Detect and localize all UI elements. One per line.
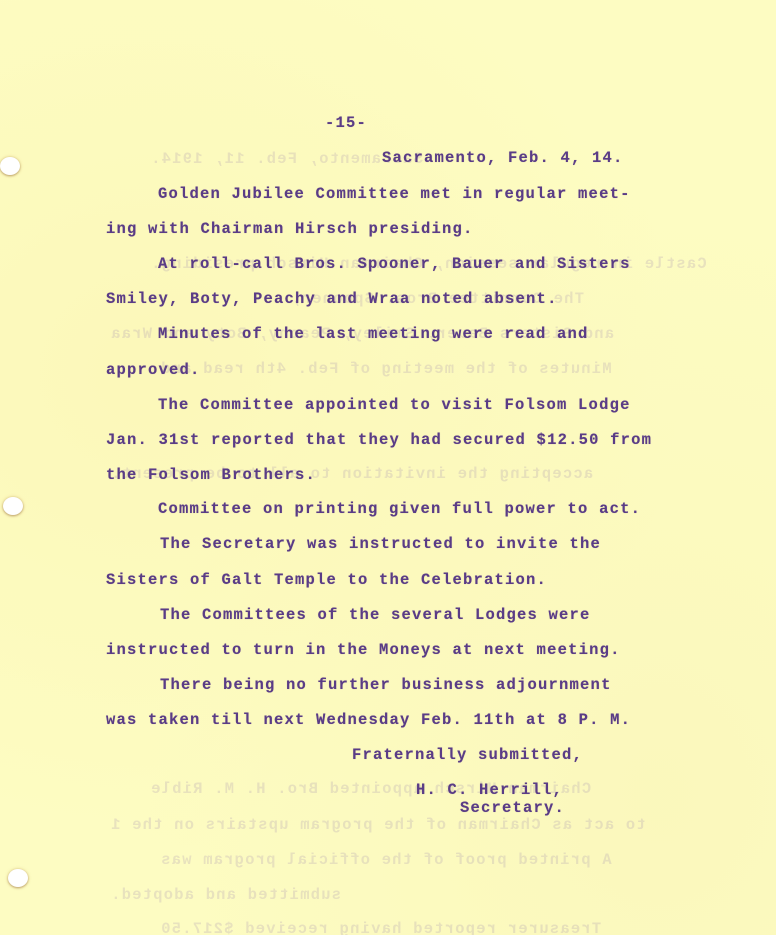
signature-title: Secretary.	[460, 799, 565, 817]
bleed-through-line: submitted and adopted.	[110, 886, 341, 904]
bleed-through-line: Treasurer reported having received $217.…	[160, 920, 601, 935]
closing: Fraternally submitted,	[352, 746, 583, 764]
bleed-through-line: to act as Chairman of the program upstai…	[110, 816, 646, 834]
paragraph-line: The Secretary was instructed to invite t…	[160, 535, 601, 553]
punch-hole-bottom	[8, 869, 28, 887]
paragraph-line: the Folsom Brothers.	[106, 466, 316, 484]
paragraph-line: ing with Chairman Hirsch presiding.	[106, 220, 474, 238]
paragraph-line: The Committee appointed to visit Folsom …	[158, 396, 631, 414]
paragraph-line: Sisters of Galt Temple to the Celebratio…	[106, 571, 547, 589]
paragraph-line: Golden Jubilee Committee met in regular …	[158, 185, 631, 203]
paragraph-line: At roll-call Bros. Spooner, Bauer and Si…	[158, 255, 631, 273]
paragraph-line: The Committees of the several Lodges wer…	[160, 606, 591, 624]
paragraph-line: Jan. 31st reported that they had secured…	[106, 431, 652, 449]
paragraph-line: Smiley, Boty, Peachy and Wraa noted abse…	[106, 290, 558, 308]
paragraph-line: Minutes of the last meeting were read an…	[158, 325, 589, 343]
bleed-through-line: Minutes of the meeting of Feb. 4th read …	[160, 360, 612, 378]
paragraph-line: approved.	[106, 361, 201, 379]
punch-hole-top	[0, 157, 20, 175]
document-page: Sacramento, Feb. 11, 1914. Castle in reg…	[0, 0, 776, 935]
signature-name: H. C. Herrill,	[416, 781, 563, 799]
page-number: -15-	[325, 114, 367, 132]
dateline: Sacramento, Feb. 4, 14.	[382, 149, 624, 167]
paragraph-line: There being no further business adjournm…	[160, 676, 612, 694]
paragraph-line: Committee on printing given full power t…	[158, 500, 641, 518]
punch-hole-middle	[3, 497, 23, 515]
paragraph-line: instructed to turn in the Moneys at next…	[106, 641, 621, 659]
bleed-through-line: A printed proof of the official program …	[160, 851, 612, 869]
paragraph-line: was taken till next Wednesday Feb. 11th …	[106, 711, 631, 729]
